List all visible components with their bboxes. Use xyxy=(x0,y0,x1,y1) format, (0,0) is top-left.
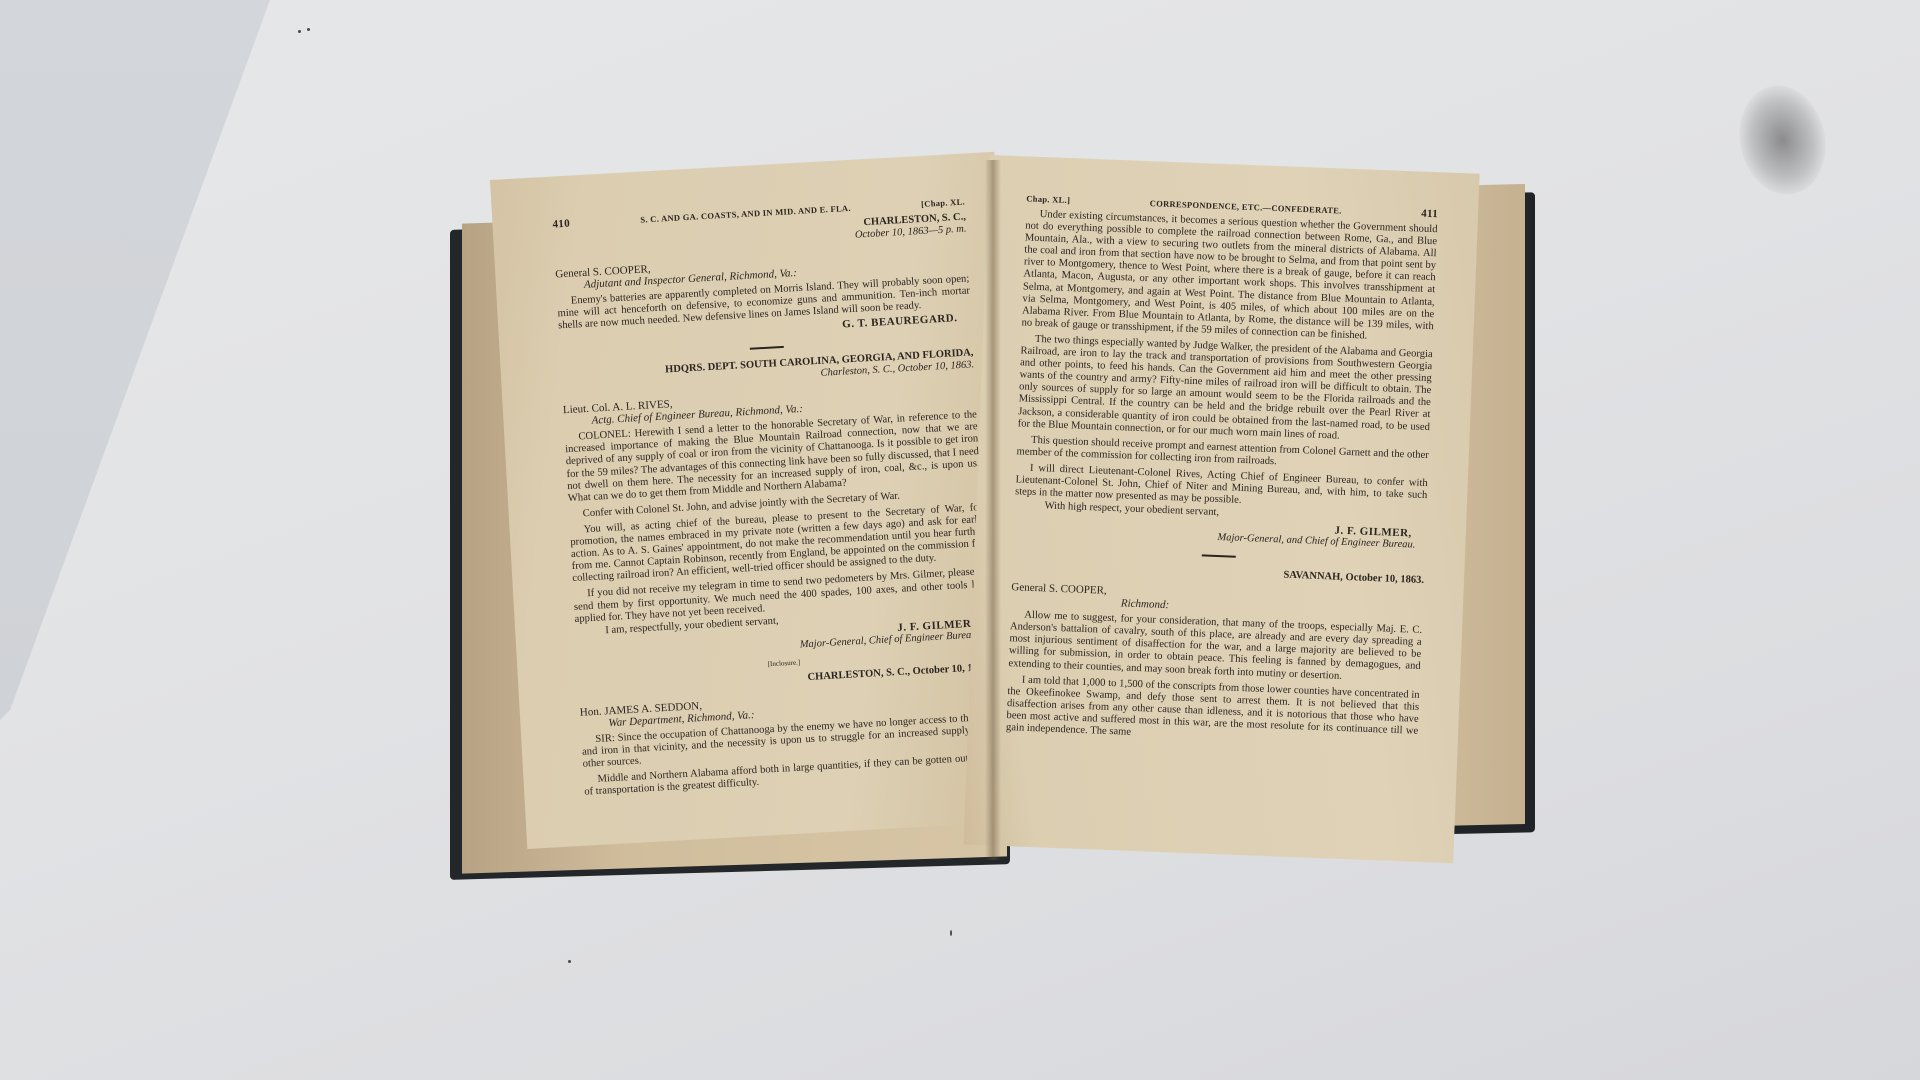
left-page: 410 S. C. AND GA. COASTS, AND IN MID. AN… xyxy=(490,152,1032,849)
book-spine-gutter xyxy=(985,160,1001,860)
background-speck xyxy=(307,28,310,31)
background-speck xyxy=(568,960,571,963)
letter-paragraph: Allow me to suggest, for your considerat… xyxy=(1008,609,1422,685)
section-divider xyxy=(1202,555,1236,558)
chapter-tag: [Chap. XL. xyxy=(921,197,965,209)
background-smudge xyxy=(1729,77,1835,202)
letter-paragraph: I am told that 1,000 to 1,500 of the con… xyxy=(1006,674,1420,750)
open-book: 410 S. C. AND GA. COASTS, AND IN MID. AN… xyxy=(450,160,1550,920)
running-head-title: CORRESPONDENCE, ETC.—CONFEDERATE. xyxy=(1150,198,1342,215)
section-divider xyxy=(749,346,783,350)
letter-paragraph: Under existing circumstances, it becomes… xyxy=(1021,208,1437,345)
background-speck xyxy=(950,930,952,936)
chapter-tag: Chap. XL.] xyxy=(1026,193,1070,205)
page-number: 411 xyxy=(1421,208,1438,221)
letter-paragraph: The two things especially wanted by Judg… xyxy=(1017,333,1432,445)
background-speck xyxy=(298,30,301,33)
page-number: 410 xyxy=(552,218,570,231)
background-paper-sheet xyxy=(0,0,300,720)
right-page: Chap. XL.] CORRESPONDENCE, ETC.—CONFEDER… xyxy=(964,155,1480,863)
